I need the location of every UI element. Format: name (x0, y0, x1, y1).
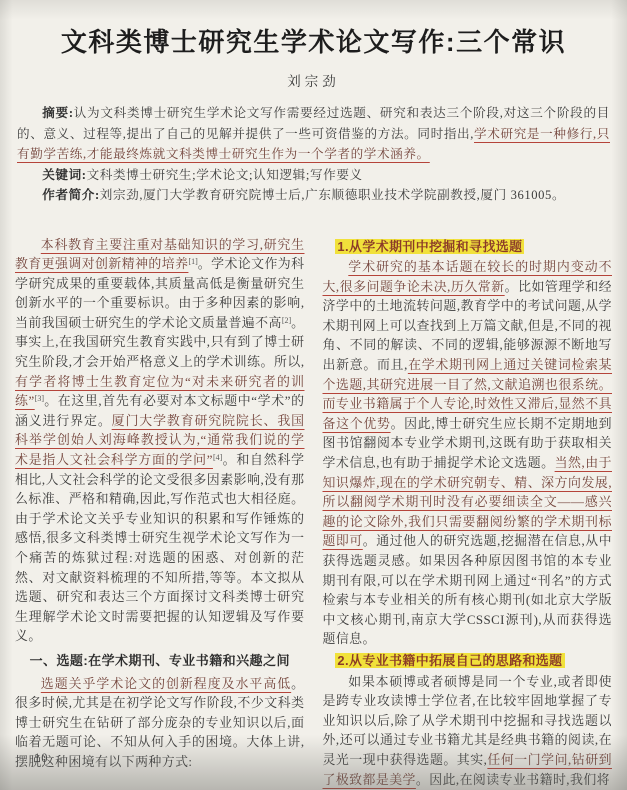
reference-mark: [4] (213, 453, 222, 462)
body-text: 。和自然科学相比,人文社会科学的论文受很多因素影响,没有那么标准、严格和精确,因… (15, 453, 305, 643)
reference-mark: [1] (188, 257, 197, 266)
body-text: 。因此,在阅读专业书籍时,我们将 (416, 773, 610, 787)
paper-author: 刘宗劲 (0, 72, 627, 92)
page-number: 10 (34, 751, 49, 766)
reference-mark: [2] (282, 316, 291, 325)
highlighted-heading-text: 1.从学术期刊中挖掘和寻找选题 (335, 239, 524, 254)
left-column: 本科教育主要注重对基础知识的学习,研究生教育更强调对创新精神的培养[1]。学术论… (15, 236, 305, 790)
body-paragraph: 本科教育主要注重对基础知识的学习,研究生教育更强调对创新精神的培养[1]。学术论… (15, 236, 305, 647)
body-paragraph: 选题关乎学术论文的创新程度及水平高低。很多时候,尤其是在初学论文写作阶段,不少文… (15, 675, 305, 773)
body-paragraph: 学术研究的基本话题在较长的时期内变动不大,很多问题争论未决,历久常新。比如管理学… (323, 258, 613, 650)
underlined-text: 选题关乎学术论文的创新程度及水平高低 (41, 677, 291, 691)
author-bio: 作者简介:刘宗劲,厦门大学教育研究院博士后,广东顺德职业技术学院副教授,厦门 3… (17, 185, 610, 206)
abstract: 摘要:认为文科类博士研究生学术论文写作需要经过选题、研究和表达三个阶段,对这三个… (17, 103, 610, 165)
body-text: 。通过他人的研究选题,挖掘潜在信息,从中获得选题灵感。如果因各种原因图书馆的本专… (323, 534, 613, 646)
keywords: 关键词:文科类博士研究生;学术论文;认知逻辑;写作要义 (17, 165, 610, 186)
author-bio-text: 刘宗劲,厦门大学教育研究院博士后,广东顺德职业技术学院副教授,厦门 361005… (100, 188, 565, 202)
subsection-heading: 1.从学术期刊中挖掘和寻找选题 (323, 237, 613, 258)
subsection-heading: 2.从专业书籍中拓展自己的思路和选题 (323, 651, 613, 672)
front-matter: 摘要:认为文科类博士研究生学术论文写作需要经过选题、研究和表达三个阶段,对这三个… (17, 103, 610, 206)
body-paragraph: 如果本硕博或者硕博是同一个专业,或者即使是跨专业攻读博士学位者,在比较牢固地掌握… (323, 673, 613, 790)
keywords-text: 文科类博士研究生;学术论文;认知逻辑;写作要义 (87, 168, 363, 182)
keywords-label: 关键词: (42, 168, 86, 182)
reference-mark: [3] (35, 394, 44, 403)
author-bio-label: 作者简介: (42, 188, 100, 202)
paper-title: 文科类博士研究生学术论文写作:三个常识 (0, 0, 627, 60)
two-column-body: 本科教育主要注重对基础知识的学习,研究生教育更强调对创新精神的培养[1]。学术论… (15, 236, 612, 790)
highlighted-heading-text: 2.从专业书籍中拓展自己的思路和选题 (335, 653, 564, 668)
section-heading: 一、选题:在学术期刊、专业书籍和兴趣之间 (15, 651, 305, 671)
right-column: 1.从学术期刊中挖掘和寻找选题 学术研究的基本话题在较长的时期内变动不大,很多问… (323, 236, 613, 790)
scanned-paper-page: 文科类博士研究生学术论文写作:三个常识 刘宗劲 摘要:认为文科类博士研究生学术论… (0, 0, 627, 790)
abstract-label: 摘要: (42, 106, 73, 120)
